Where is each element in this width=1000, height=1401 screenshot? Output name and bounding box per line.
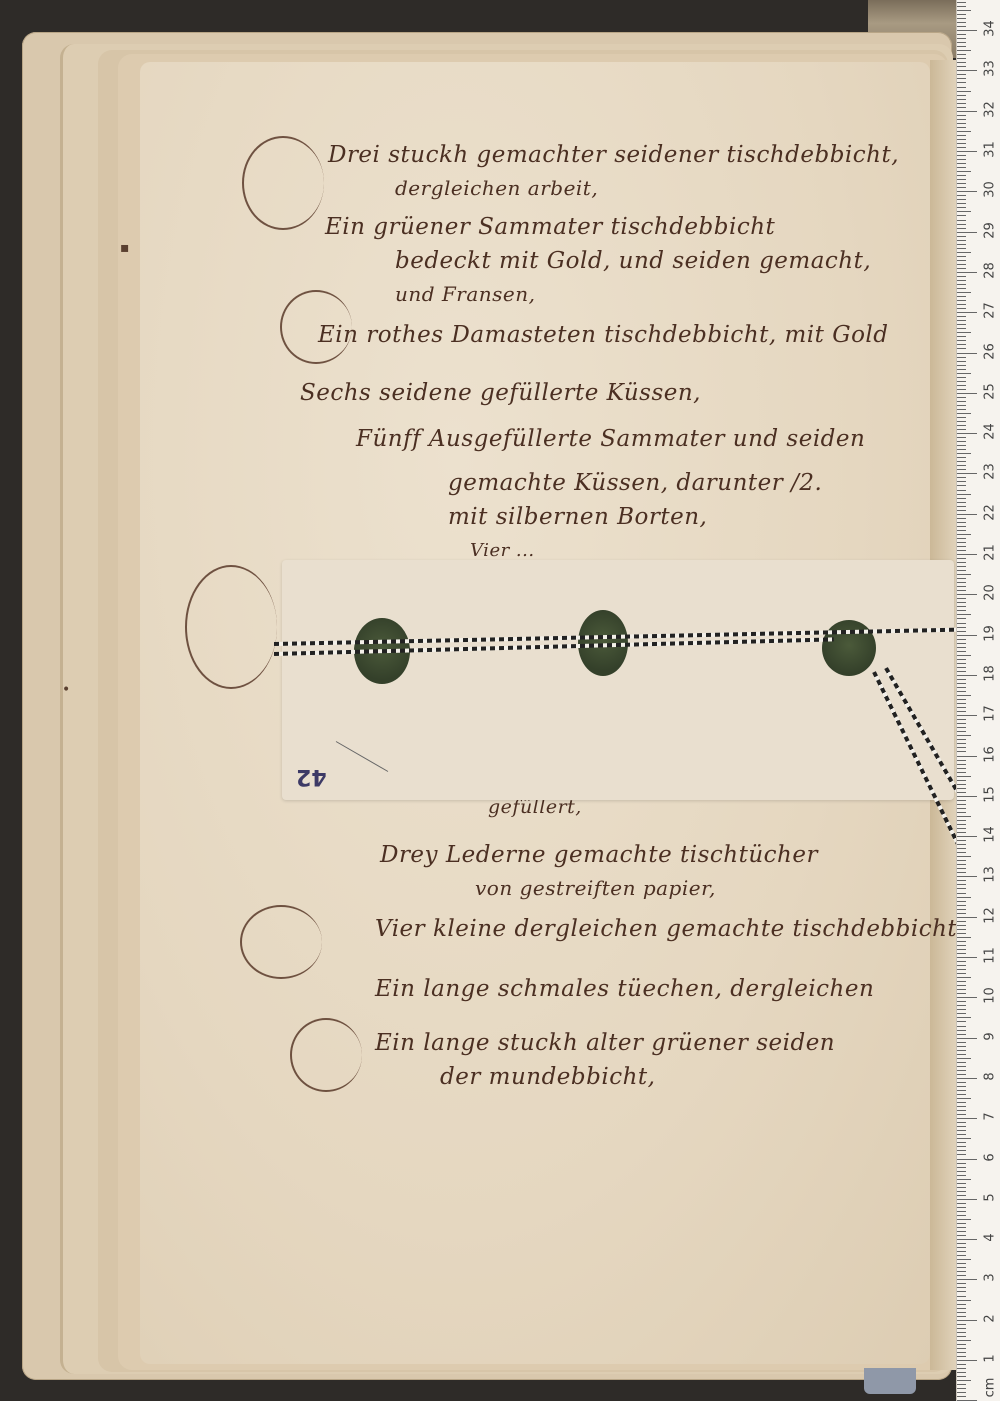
ruler-tick: [957, 1017, 971, 1018]
ruler-tick: [957, 727, 966, 728]
ruler-tick: [957, 292, 971, 293]
ruler-tick: [957, 441, 966, 442]
ruler-tick: [957, 772, 966, 773]
ruler-tick: [957, 421, 966, 422]
ruler-tick: [957, 211, 971, 212]
ruler-tick: [957, 1175, 966, 1176]
ruler-tick: [957, 70, 977, 71]
ruler-tick: [957, 1062, 966, 1063]
ruler-tick: [957, 22, 966, 23]
ruler-tick: [957, 1122, 966, 1123]
ruler-tick: [957, 54, 966, 55]
ruler-tick: [957, 977, 971, 978]
ruler-label: 11: [983, 945, 998, 967]
ruler-label: 17: [983, 703, 998, 725]
ruler-tick: [957, 679, 966, 680]
ruler-tick: [957, 635, 977, 636]
ruler-tick: [957, 1271, 966, 1272]
ruler-tick: [957, 695, 971, 696]
ruler-tick: [957, 792, 966, 793]
text-line: der mundebbicht,: [440, 1064, 655, 1090]
ruler-tick: [957, 66, 966, 67]
ruler-tick: [957, 844, 966, 845]
ruler-tick: [957, 143, 966, 144]
ruler-tick: [957, 965, 966, 966]
ruler-tick: [957, 1090, 966, 1091]
ruler-tick: [957, 925, 966, 926]
ruler-label: 25: [983, 380, 998, 402]
ruler-tick: [957, 248, 966, 249]
ruler-tick: [957, 760, 966, 761]
ruler-tick: [957, 502, 966, 503]
ruler-tick: [957, 703, 966, 704]
ruler-tick: [957, 514, 977, 515]
ruler-tick: [957, 1388, 966, 1389]
ruler-tick: [957, 941, 966, 942]
ruler-tick: [957, 494, 971, 495]
ruler-tick: [957, 828, 966, 829]
ruler-tick: [957, 663, 966, 664]
ruler-tick: [957, 1203, 966, 1204]
ruler-tick: [957, 300, 966, 301]
ruler-tick: [957, 485, 966, 486]
ruler-tick: [957, 252, 971, 253]
ruler-tick: [957, 594, 977, 595]
ruler-label: 8: [983, 1065, 998, 1087]
ruler-tick: [957, 215, 966, 216]
ruler-tick: [957, 816, 971, 817]
ruler-tick: [957, 445, 966, 446]
ruler-tick: [957, 554, 977, 555]
ruler-tick: [957, 240, 966, 241]
ruler-tick: [957, 1231, 966, 1232]
ruler-tick: [957, 224, 966, 225]
ruler-tick: [957, 1372, 966, 1373]
ruler-tick: [957, 1304, 966, 1305]
ruler-tick: [957, 1030, 966, 1031]
ruler-label: 9: [983, 1025, 998, 1047]
ruler-tick: [957, 1098, 971, 1099]
ruler-tick: [957, 860, 966, 861]
ruler-tick: [957, 14, 966, 15]
ruler-tick: [957, 1199, 977, 1200]
ruler-tick: [957, 1138, 971, 1139]
ruler-tick: [957, 1215, 966, 1216]
ruler-tick: [957, 808, 966, 809]
ruler-tick: [957, 623, 966, 624]
ruler-label: 13: [983, 864, 998, 886]
ruler-label: 12: [983, 904, 998, 926]
ruler-tick: [957, 26, 966, 27]
ruler-label: 32: [983, 98, 998, 120]
ruler-tick: [957, 1376, 966, 1377]
ruler-tick: [957, 598, 966, 599]
pencil-mark: [336, 741, 388, 772]
ruler-tick: [957, 602, 966, 603]
ruler-tick: [957, 921, 966, 922]
ruler-tick: [957, 78, 966, 79]
ruler-tick: [957, 413, 971, 414]
blue-tab: [864, 1368, 916, 1394]
ruler-tick: [957, 167, 966, 168]
ruler-tick: [957, 42, 966, 43]
ruler-tick: [957, 1356, 966, 1357]
ruler-tick: [957, 933, 966, 934]
ruler-tick: [957, 953, 966, 954]
ruler-tick: [957, 735, 971, 736]
ruler-tick: [957, 876, 977, 877]
ruler-tick: [957, 99, 966, 100]
ruler-tick: [957, 111, 977, 112]
ruler-tick: [957, 1159, 977, 1160]
ruler-tick: [957, 203, 966, 204]
ruler-tick: [957, 1336, 966, 1337]
ruler-tick: [957, 671, 966, 672]
ruler-tick: [957, 312, 977, 313]
ruler-tick: [957, 1130, 966, 1131]
ruler-tick: [957, 804, 966, 805]
ruler-tick: [957, 518, 966, 519]
ruler-tick: [957, 1279, 977, 1280]
flourish: [240, 905, 322, 979]
text-line: von gestreiften papier,: [475, 876, 716, 900]
ruler-tick: [957, 550, 966, 551]
ruler-tick: [957, 832, 966, 833]
ruler-tick: [957, 123, 966, 124]
ruler-tick: [957, 993, 966, 994]
ruler-tick: [957, 1251, 966, 1252]
ruler-tick: [957, 236, 966, 237]
ruler-tick: [957, 127, 966, 128]
ruler-tick: [957, 768, 966, 769]
ruler-label: 5: [983, 1186, 998, 1208]
ruler-tick: [957, 280, 966, 281]
ruler-tick: [957, 296, 966, 297]
ruler-tick: [957, 506, 966, 507]
ruler-label: 34: [983, 18, 998, 40]
ruler-label: 3: [983, 1267, 998, 1289]
ruler-tick: [957, 796, 977, 797]
ruler-tick: [957, 800, 966, 801]
ruler-tick: [957, 1247, 966, 1248]
ruler-tick: [957, 1275, 966, 1276]
ruler-tick: [957, 1013, 966, 1014]
ruler-tick: [957, 751, 966, 752]
ruler-label: 14: [983, 824, 998, 846]
ruler-tick: [957, 1296, 966, 1297]
ruler-tick: [957, 115, 966, 116]
ruler-tick: [957, 139, 966, 140]
ruler-tick: [957, 103, 966, 104]
ruler-tick: [957, 425, 966, 426]
ruler-tick: [957, 852, 966, 853]
ruler-tick: [957, 1038, 977, 1039]
ruler-tick: [957, 260, 966, 261]
ruler-tick: [957, 361, 966, 362]
ruler-tick: [957, 1054, 966, 1055]
ruler-label: 1: [983, 1348, 998, 1370]
ruler-tick: [957, 647, 966, 648]
ruler-tick: [957, 997, 977, 998]
ruler-tick: [957, 369, 966, 370]
ruler-tick: [957, 199, 966, 200]
ruler-tick: [957, 481, 966, 482]
ruler-tick: [957, 639, 966, 640]
ruler-tick: [957, 1001, 966, 1002]
ruler-tick: [957, 776, 971, 777]
ruler-tick: [957, 534, 971, 535]
ruler-tick: [957, 606, 966, 607]
ruler-tick: [957, 1154, 966, 1155]
ruler-label: 6: [983, 1146, 998, 1168]
text-line: Vier kleine dergleichen gemachte tischde…: [375, 916, 965, 942]
ruler-tick: [957, 683, 966, 684]
ruler-tick: [957, 1058, 971, 1059]
ruler-label: 26: [983, 340, 998, 362]
ruler-tick: [957, 385, 966, 386]
ruler-tick: [957, 264, 966, 265]
ruler-tick: [957, 357, 966, 358]
ruler-tick: [957, 308, 966, 309]
ruler-tick: [957, 1392, 966, 1393]
ruler-tick: [957, 2, 966, 3]
ruler-tick: [957, 1219, 971, 1220]
ruler-tick: [957, 1191, 966, 1192]
flourish: [242, 136, 324, 230]
ruler-label: 19: [983, 622, 998, 644]
ruler-tick: [957, 687, 966, 688]
ruler-tick: [957, 699, 966, 700]
ruler-tick: [957, 949, 966, 950]
ruler-tick: [957, 433, 977, 434]
ruler-tick: [957, 985, 966, 986]
ruler-tick: [957, 195, 966, 196]
ruler-tick: [957, 840, 966, 841]
text-line: gemachte Küssen, darunter /2.: [448, 470, 822, 496]
ruler-tick: [957, 353, 977, 354]
ruler-tick: [957, 344, 966, 345]
ruler-tick: [957, 824, 966, 825]
ruler-tick: [957, 498, 966, 499]
ruler-tick: [957, 1082, 966, 1083]
ruler-tick: [957, 929, 966, 930]
ruler-tick: [957, 888, 966, 889]
text-line: Ein lange stuckh alter grüener seiden: [375, 1030, 835, 1056]
ruler-tick: [957, 1368, 966, 1369]
ruler-tick: [957, 522, 966, 523]
ruler-tick: [957, 1300, 971, 1301]
ruler-tick: [957, 87, 966, 88]
ruler-tick: [957, 643, 966, 644]
ruler-tick: [957, 566, 966, 567]
ruler-tick: [957, 107, 966, 108]
ruler-tick: [957, 284, 966, 285]
ruler-tick: [957, 562, 966, 563]
ruler-tick: [957, 381, 966, 382]
ruler-tick: [957, 490, 966, 491]
ruler-tick: [957, 1094, 966, 1095]
ruler-tick: [957, 1126, 966, 1127]
ruler-tick: [957, 1227, 966, 1228]
ruler-tick: [957, 707, 966, 708]
ruler-tick: [957, 1195, 966, 1196]
ruler-tick: [957, 405, 966, 406]
ruler-tick: [957, 893, 966, 894]
ruler-tick: [957, 272, 977, 273]
ruler-label: 30: [983, 179, 998, 201]
ruler-label: 4: [983, 1227, 998, 1249]
ruler-tick: [957, 957, 977, 958]
ruler-tick: [957, 10, 971, 11]
ruler-tick: [957, 1255, 966, 1256]
ruler-label: 22: [983, 501, 998, 523]
ruler-tick: [957, 1187, 966, 1188]
ruler-tick: [957, 546, 966, 547]
ruler-tick: [957, 1283, 966, 1284]
ruler-tick: [957, 667, 966, 668]
text-line: dergleichen arbeit,: [395, 176, 598, 200]
ruler-tick: [957, 232, 977, 233]
ruler-tick: [957, 1340, 971, 1341]
ruler-label: 21: [983, 542, 998, 564]
ruler-tick: [957, 1324, 966, 1325]
ruler-tick: [957, 328, 966, 329]
ruler-tick: [957, 1348, 966, 1349]
ruler-label: 23: [983, 461, 998, 483]
ruler-tick: [957, 417, 966, 418]
ruler-tick: [957, 365, 966, 366]
ruler-label: 16: [983, 743, 998, 765]
ruler-tick: [957, 784, 966, 785]
ruler-tick: [957, 348, 966, 349]
text-line: Ein grüener Sammater tischdebbicht: [325, 214, 775, 240]
flourish: [290, 1018, 362, 1092]
ruler-tick: [957, 909, 966, 910]
ruler-tick: [957, 1239, 977, 1240]
ruler-tick: [957, 1171, 966, 1172]
ruler-tick: [957, 1005, 966, 1006]
ruler-tick: [957, 320, 966, 321]
text-line: Drey Lederne gemachte tischtücher: [380, 842, 818, 868]
ruler-tick: [957, 469, 966, 470]
ruler-tick: [957, 159, 966, 160]
ruler-tick: [957, 1142, 966, 1143]
ruler-tick: [957, 764, 966, 765]
ruler-tick: [957, 6, 966, 7]
ruler-tick: [957, 610, 966, 611]
ruler-label: 24: [983, 421, 998, 443]
ruler-tick: [957, 18, 966, 19]
ruler-tick: [957, 1344, 966, 1345]
ruler-tick: [957, 897, 971, 898]
ruler-tick: [957, 578, 966, 579]
ruler-tick: [957, 1106, 966, 1107]
ruler-tick: [957, 1267, 966, 1268]
ruler-tick: [957, 747, 966, 748]
ruler-tick: [957, 1179, 971, 1180]
ruler-tick: [957, 171, 971, 172]
ruler-tick: [957, 1364, 966, 1365]
sealed-paper-slip: 42: [282, 560, 954, 800]
text-line: Drei stuckh gemachter seidener tischdebb…: [328, 142, 899, 168]
ruler-tick: [957, 183, 966, 184]
ruler-tick: [957, 780, 966, 781]
ruler-tick: [957, 961, 966, 962]
ruler-tick: [957, 1308, 966, 1309]
ruler-tick: [957, 711, 966, 712]
ruler-tick: [957, 151, 977, 152]
ruler-tick: [957, 743, 966, 744]
ruler-tick: [957, 191, 977, 192]
ruler-tick: [957, 377, 966, 378]
ruler-tick: [957, 884, 966, 885]
ruler-tick: [957, 1263, 966, 1264]
ruler-tick: [957, 848, 966, 849]
ruler-tick: [957, 131, 971, 132]
ruler-tick: [957, 155, 966, 156]
ruler-tick: [957, 340, 966, 341]
ruler-tick: [957, 1207, 966, 1208]
text-line: Ein lange schmales tüechen, dergleichen: [375, 976, 874, 1002]
ruler-tick: [957, 95, 966, 96]
ruler-tick: [957, 586, 966, 587]
ruler-tick: [957, 409, 966, 410]
ruler-tick: [957, 1167, 966, 1168]
ruler-tick: [957, 332, 971, 333]
ruler-tick: [957, 1150, 966, 1151]
ruler-tick: [957, 268, 966, 269]
ruler-tick: [957, 473, 977, 474]
archive-stamp-number: 42: [296, 764, 327, 789]
ruler-tick: [957, 872, 966, 873]
ruler-tick: [957, 401, 966, 402]
ruler-tick: [957, 715, 977, 716]
ruler-tick: [957, 989, 966, 990]
ruler-tick: [957, 207, 966, 208]
ruler-tick: [957, 1396, 966, 1397]
text-line: mit silbernen Borten,: [448, 504, 707, 530]
ruler-tick: [957, 1021, 966, 1022]
ruler-tick: [957, 1009, 966, 1010]
ruler-tick: [957, 1102, 966, 1103]
ruler-tick: [957, 373, 971, 374]
ruler-tick: [957, 723, 966, 724]
ruler-tick: [957, 1183, 966, 1184]
ruler-tick: [957, 1320, 977, 1321]
ruler-tick: [957, 135, 966, 136]
ruler-tick: [957, 945, 966, 946]
ruler-tick: [957, 1235, 966, 1236]
ruler-tick: [957, 719, 966, 720]
wax-seal-3: [822, 620, 876, 676]
ruler-tick: [957, 453, 971, 454]
ruler-tick: [957, 913, 966, 914]
ruler-tick: [957, 1380, 971, 1381]
ruler-tick: [957, 1050, 966, 1051]
ruler-tick: [957, 1066, 966, 1067]
ruler-tick: [957, 256, 966, 257]
ruler-tick: [957, 856, 971, 857]
ruler-label: 27: [983, 300, 998, 322]
ruler-tick: [957, 397, 966, 398]
ruler-tick: [957, 91, 971, 92]
ruler-tick: [957, 1118, 977, 1119]
ruler-tick: [957, 1259, 971, 1260]
ruler-tick: [957, 220, 966, 221]
ruler-tick: [957, 631, 966, 632]
ruler-tick: [957, 336, 966, 337]
ruler-tick: [957, 868, 966, 869]
